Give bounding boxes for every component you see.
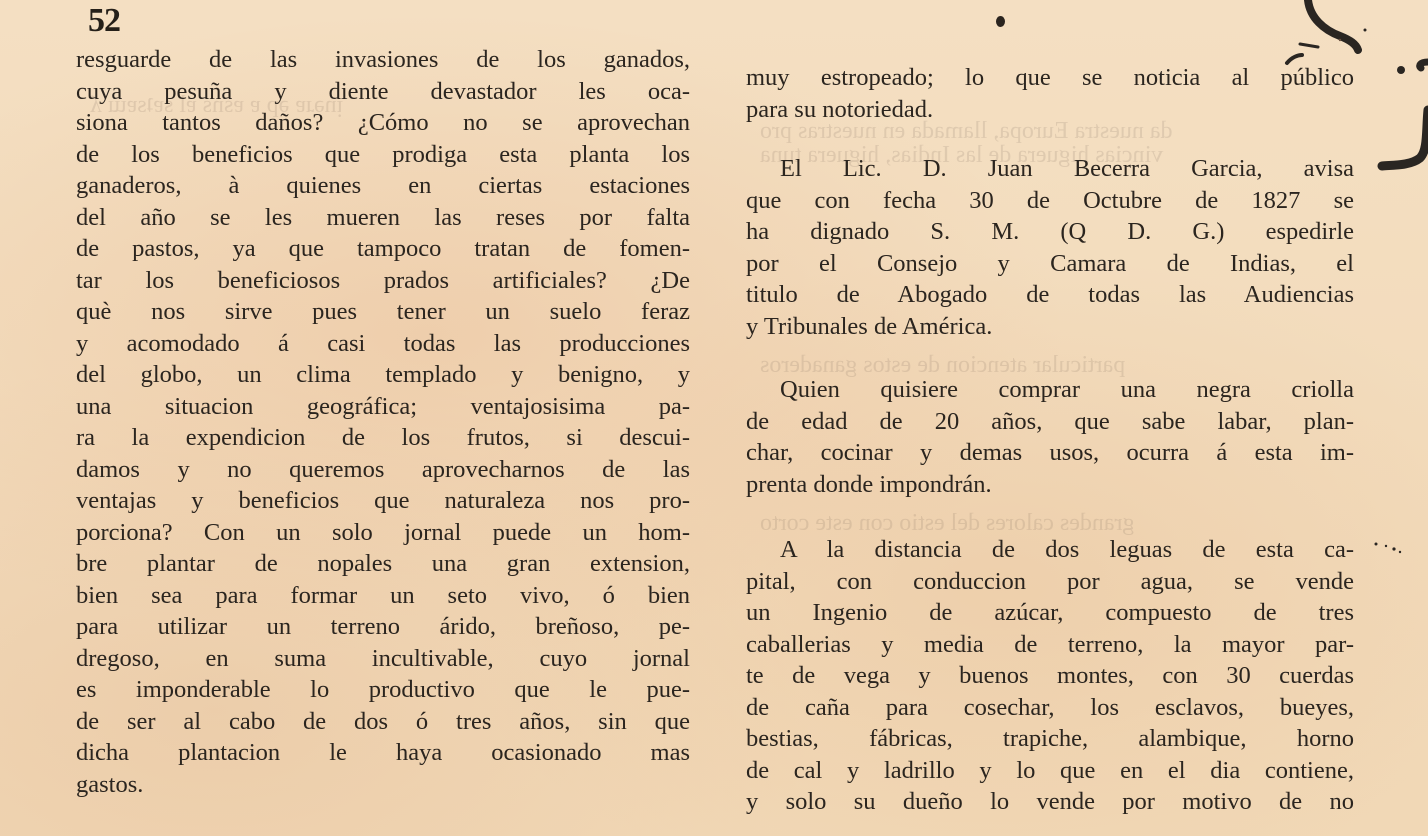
left-column: resguarde de las invasiones de los ganad… <box>76 44 690 800</box>
text-line: char, cocinar y demas usos, ocurra á est… <box>746 437 1354 469</box>
paragraph-sale-notice: Quien quisiere comprar una negra criolla… <box>746 374 1354 500</box>
text-line: te de vega y buenos montes, con 30 cuerd… <box>746 660 1354 692</box>
page-number: 52 <box>88 2 120 40</box>
text-line: ra la expendicion de los frutos, si desc… <box>76 422 690 454</box>
text-line: El Lic. D. Juan Becerra Garcia, avisa <box>746 153 1354 185</box>
text-line: pital, con conduccion por agua, se vende <box>746 566 1354 598</box>
text-line: de edad de 20 años, que sabe labar, plan… <box>746 406 1354 438</box>
text-line: prenta donde impondrán. <box>746 469 1354 501</box>
text-line: y solo su dueño lo vende por motivo de n… <box>746 786 1354 818</box>
text-line: que con fecha 30 de Octubre de 1827 se <box>746 185 1354 217</box>
paragraph-nopal-benefits: resguarde de las invasiones de los ganad… <box>76 44 690 800</box>
text-line: y acomodado á casi todas las produccione… <box>76 328 690 360</box>
text-line: para utilizar un terreno árido, breñoso,… <box>76 611 690 643</box>
paragraph-gap <box>746 342 1354 374</box>
text-line: ventajas y beneficios que naturaleza nos… <box>76 485 690 517</box>
text-line: ha dignado S. M. (Q D. G.) espedirle <box>746 216 1354 248</box>
text-line: bien sea para formar un seto vivo, ó bie… <box>76 580 690 612</box>
text-line: muy estropeado; lo que se noticia al púb… <box>746 62 1354 94</box>
right-column: muy estropeado; lo que se noticia al púb… <box>746 62 1354 818</box>
text-line: de cal y ladrillo y lo que en el dia con… <box>746 755 1354 787</box>
text-line: de ser al cabo de dos ó tres años, sin q… <box>76 706 690 738</box>
text-line: resguarde de las invasiones de los ganad… <box>76 44 690 76</box>
text-line: es imponderable lo productivo que le pue… <box>76 674 690 706</box>
text-line: de pastos, ya que tampoco tratan de fome… <box>76 233 690 265</box>
text-line: bre plantar de nopales una gran extensio… <box>76 548 690 580</box>
text-line: de caña para cosechar, los esclavos, bue… <box>746 692 1354 724</box>
text-line: dicha plantacion le haya ocasionado mas <box>76 737 690 769</box>
text-line: gastos. <box>76 769 690 801</box>
text-line: para su notoriedad. <box>746 94 1354 126</box>
text-line: caballerias y media de terreno, la mayor… <box>746 629 1354 661</box>
text-line: porciona? Con un solo jornal puede un ho… <box>76 517 690 549</box>
text-line: cuya pesuña y diente devastador les oca- <box>76 76 690 108</box>
text-line: de los beneficios que prodiga esta plant… <box>76 139 690 171</box>
text-line: dregoso, en suma incultivable, cuyo jorn… <box>76 643 690 675</box>
text-line: del globo, un clima templado y benigno, … <box>76 359 690 391</box>
text-line: bestias, fábricas, trapiche, alambique, … <box>746 723 1354 755</box>
paragraph-notice-end: muy estropeado; lo que se noticia al púb… <box>746 62 1354 125</box>
text-line: A la distancia de dos leguas de esta ca- <box>746 534 1354 566</box>
paragraph-gap <box>746 125 1354 153</box>
ink-dot <box>996 16 1005 27</box>
text-line: Quien quisiere comprar una negra criolla <box>746 374 1354 406</box>
text-line: y Tribunales de América. <box>746 311 1354 343</box>
paragraph-ingenio-notice: A la distancia de dos leguas de esta ca-… <box>746 534 1354 818</box>
text-line: del año se les mueren las reses por falt… <box>76 202 690 234</box>
text-line: què nos sirve pues tener un suelo feraz <box>76 296 690 328</box>
text-line: una situacion geográfica; ventajosisima … <box>76 391 690 423</box>
text-line: tar los beneficiosos prados artificiales… <box>76 265 690 297</box>
ink-speck-icon <box>1370 540 1420 560</box>
text-line: siona tantos daños? ¿Cómo no se aprovech… <box>76 107 690 139</box>
text-line: ganaderos, à quienes en ciertas estacion… <box>76 170 690 202</box>
text-line: por el Consejo y Camara de Indias, el <box>746 248 1354 280</box>
paragraph-gap <box>746 500 1354 534</box>
text-line: un Ingenio de azúcar, compuesto de tres <box>746 597 1354 629</box>
text-line: titulo de Abogado de todas las Audiencia… <box>746 279 1354 311</box>
text-line: damos y no queremos aprovecharnos de las <box>76 454 690 486</box>
paragraph-abogado-notice: El Lic. D. Juan Becerra Garcia, avisa qu… <box>746 153 1354 342</box>
